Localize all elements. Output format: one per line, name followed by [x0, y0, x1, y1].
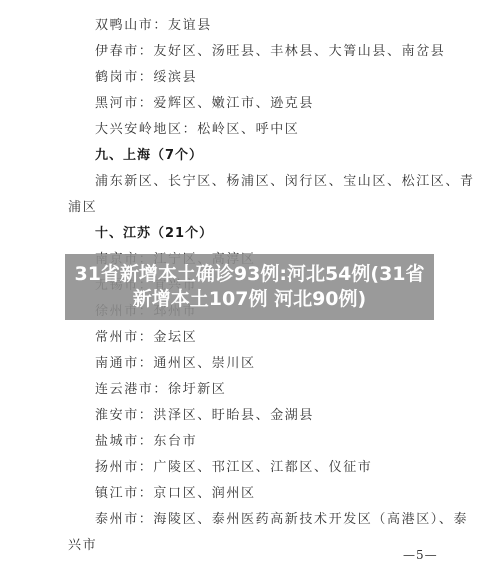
list-item-continuation: 浦区	[68, 200, 97, 216]
page-number: —5—	[403, 548, 438, 562]
headline-banner: 31省新增本土确诊93例:河北54例(31省新增本土107例 河北90例)	[65, 254, 434, 320]
list-item-shuangyashan: 双鸭山市：友谊县	[95, 18, 212, 34]
list-item-nantong: 南通市：通州区、崇川区	[95, 356, 256, 372]
list-item-shanghai-districts: 浦东新区、长宁区、杨浦区、闵行区、宝山区、松江区、青	[95, 174, 475, 190]
list-item-zhenjiang: 镇江市：京口区、润州区	[95, 486, 256, 502]
list-item-huaian: 淮安市：洪泽区、盱眙县、金湖县	[95, 408, 314, 424]
section-heading-shanghai: 九、上海（7个）	[95, 148, 203, 164]
list-item-daxinganling: 大兴安岭地区：松岭区、呼中区	[95, 122, 299, 138]
list-item-heihe: 黑河市：爱辉区、嫩江市、逊克县	[95, 96, 314, 112]
list-item-taizhou: 泰州市：海陵区、泰州医药高新技术开发区（高港区）、泰	[95, 512, 468, 528]
list-item-continuation: 兴市	[68, 538, 97, 554]
list-item-yangzhou: 扬州市：广陵区、邗江区、江都区、仪征市	[95, 460, 372, 476]
headline-text: 31省新增本土确诊93例:河北54例(31省新增本土107例 河北90例)	[69, 262, 430, 312]
list-item-hegang: 鹤岗市：绥滨县	[95, 70, 197, 86]
section-heading-jiangsu: 十、江苏（21个）	[95, 226, 213, 242]
list-item-changzhou: 常州市：金坛区	[95, 330, 197, 346]
list-item-yichun: 伊春市：友好区、汤旺县、丰林县、大箐山县、南岔县	[95, 44, 445, 60]
list-item-yancheng: 盐城市：东台市	[95, 434, 197, 450]
list-item-lianyungang: 连云港市：徐圩新区	[95, 382, 226, 398]
